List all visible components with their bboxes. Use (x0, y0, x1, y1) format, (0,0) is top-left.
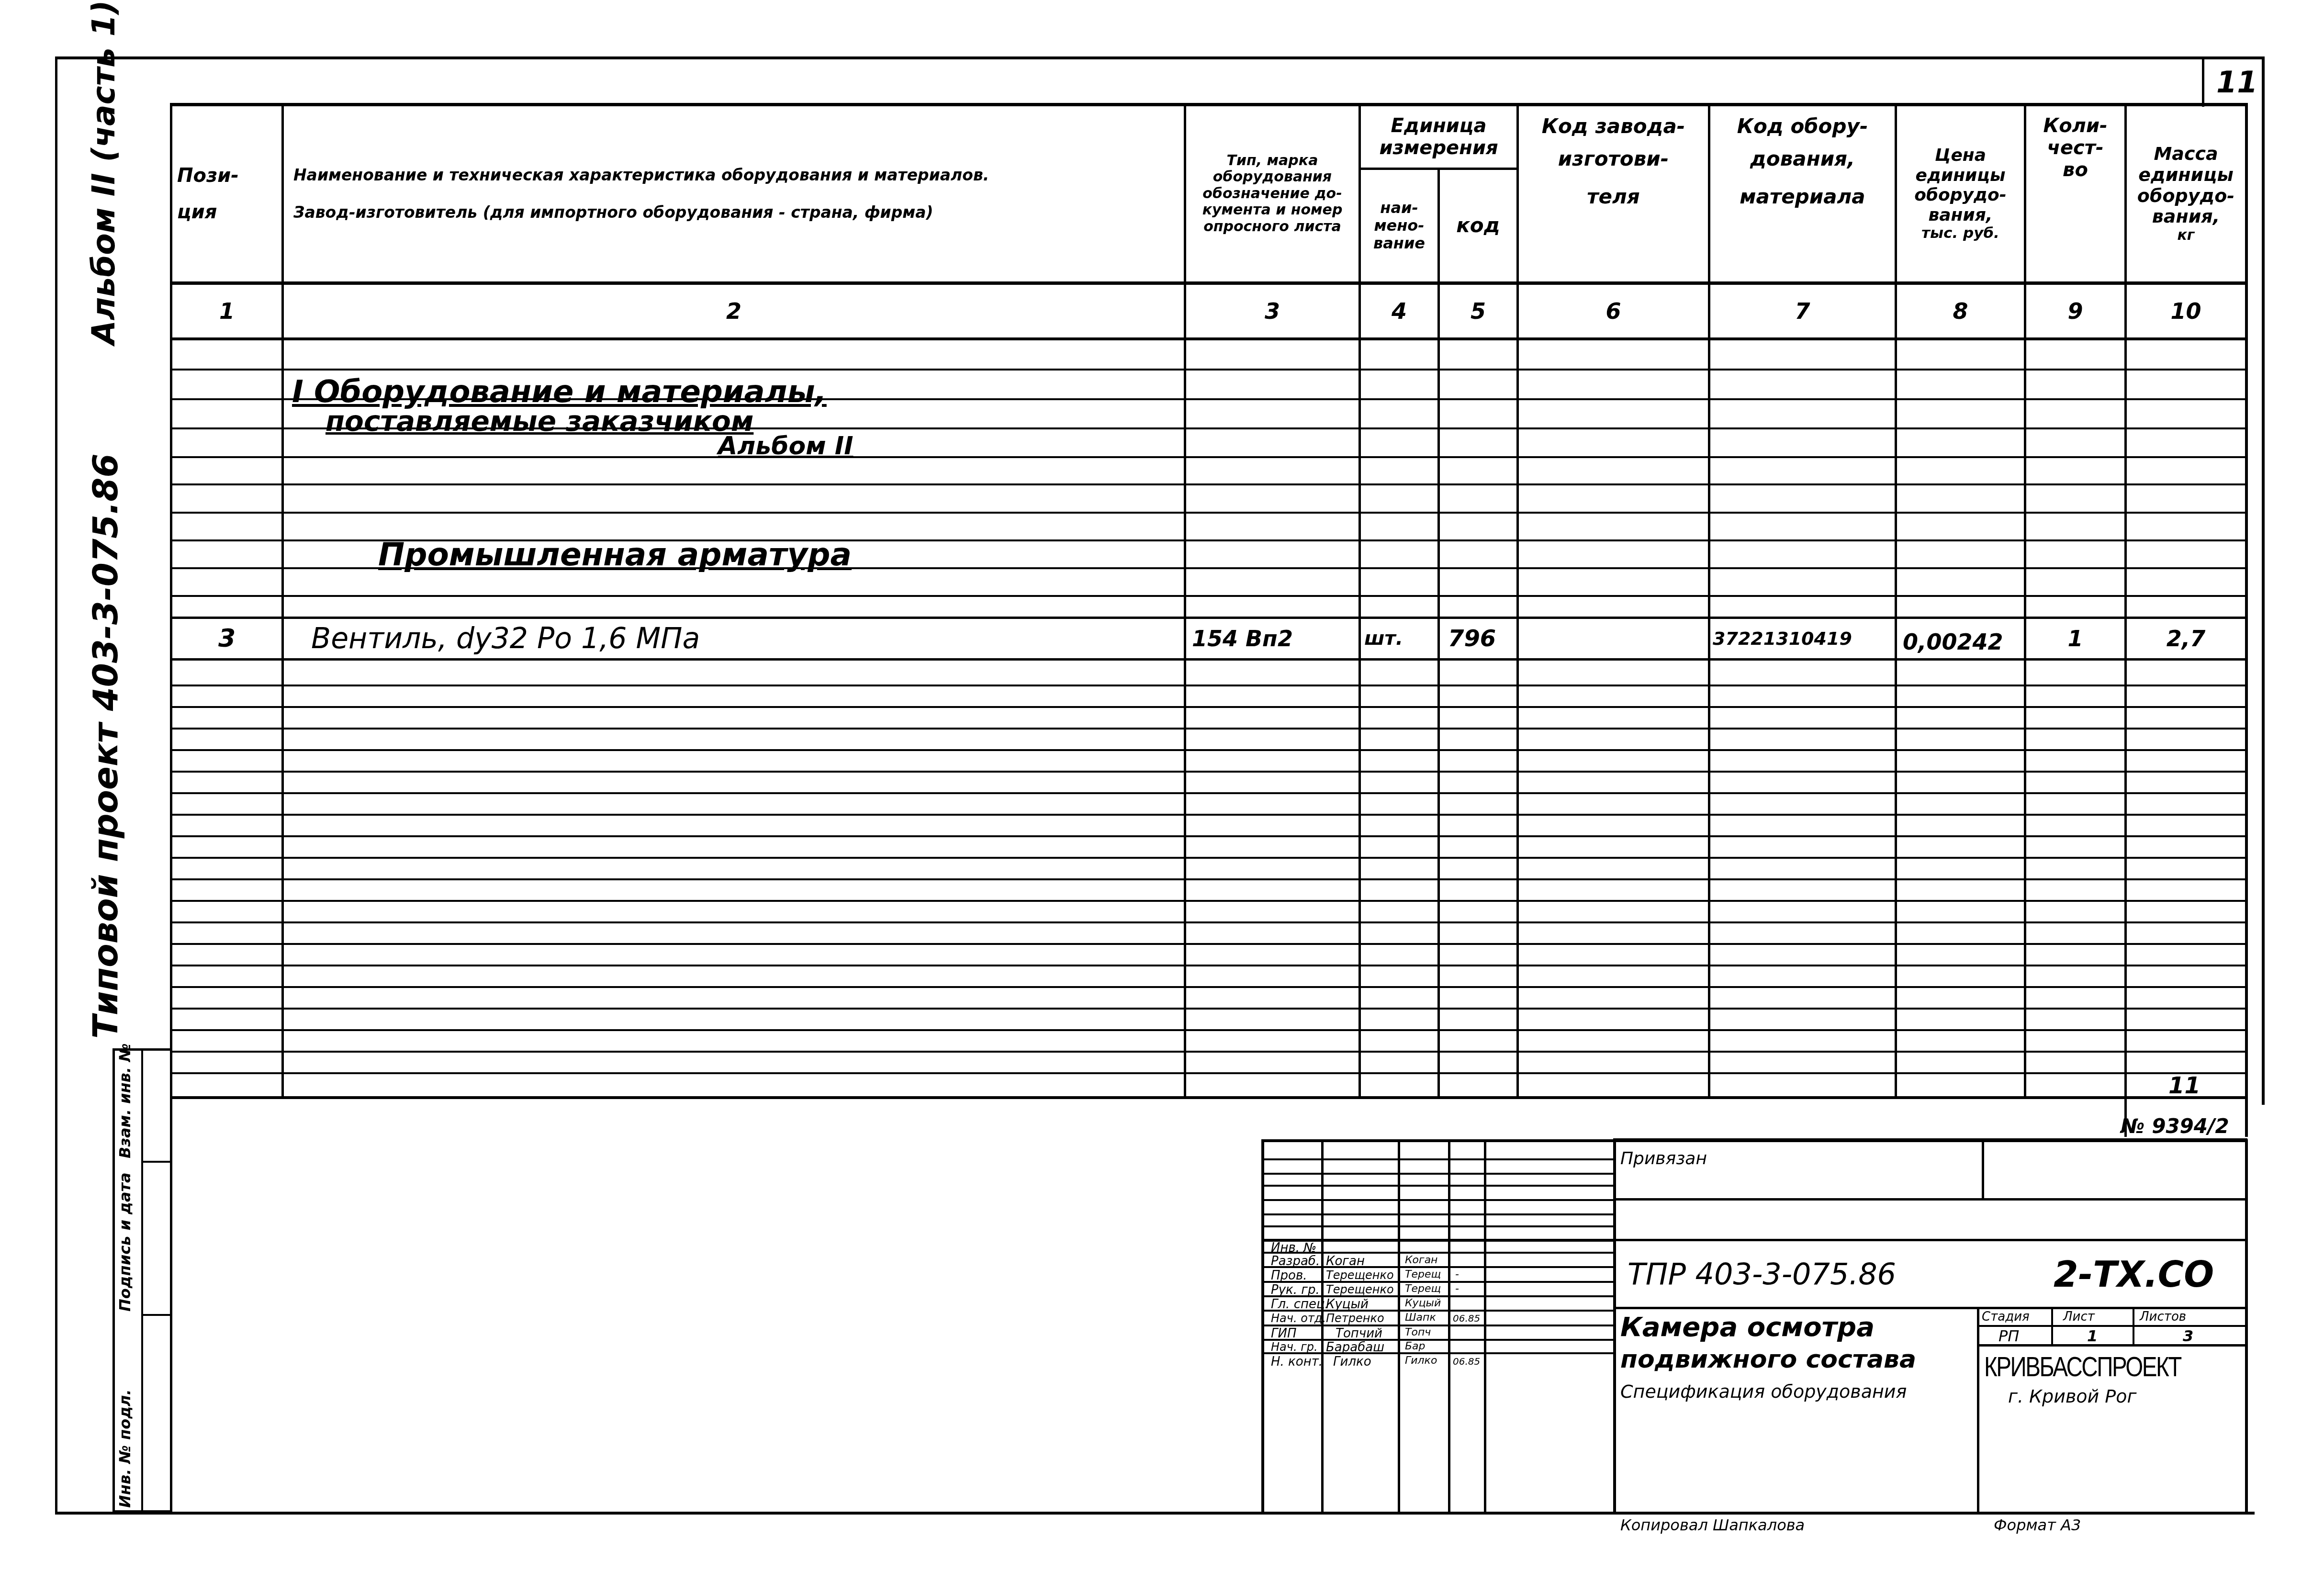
row-line (170, 1072, 2247, 1074)
header-text: дования, (1750, 147, 1855, 170)
sig-date-2: - (1455, 1283, 1459, 1295)
stage-value: РП (1998, 1327, 2019, 1345)
colnum-5: 5 (1440, 285, 1516, 337)
header-text: измерения (1379, 137, 1498, 159)
cell-quantity: 1 (2026, 619, 2124, 658)
cell-mass: 2,7 (2127, 619, 2245, 658)
sig-role-3: Гл. спец. (1271, 1297, 1329, 1312)
stamp-row (1261, 1173, 1616, 1175)
colnum-1: 1 (172, 285, 281, 337)
sig-name-3: Куцый (1326, 1297, 1369, 1312)
sig-role-5: ГИП (1271, 1326, 1297, 1341)
table-top (170, 103, 2247, 106)
header-col-3: Тип, марка оборудования обозначение до- … (1186, 106, 1358, 281)
sig-role-1: Пров. (1271, 1269, 1307, 1283)
organization-city: г. Кривой Рог (2008, 1386, 2136, 1407)
header-col-8: Цена единицы оборудо- вания, тыс. руб. (1897, 106, 2024, 281)
sheets-label: Листов (2140, 1310, 2186, 1324)
header-text: вание (1373, 235, 1425, 252)
row-line (170, 512, 2247, 514)
sheets-value: 3 (2183, 1327, 2193, 1345)
colnum-7: 7 (1710, 285, 1895, 337)
sig-role-4: Нач. отд. (1271, 1312, 1326, 1325)
stamp-row (1261, 1213, 1616, 1215)
stamp-privyazan-split (1982, 1139, 1984, 1199)
header-text: Цена (1935, 146, 1986, 165)
row-line (170, 771, 2247, 773)
row-line (170, 900, 2247, 902)
stamp-inv-label: Инв. № (1271, 1241, 1316, 1255)
sheet-label: Лист (2063, 1310, 2095, 1324)
stamp-inv-podl: Инв. № подл. (116, 1389, 134, 1508)
stamp-row-r1 (1613, 1198, 2247, 1201)
header-col-9: Коли- чест- во (2026, 106, 2124, 281)
header-text: код (1456, 214, 1500, 237)
sheet-value: 1 (2087, 1327, 2098, 1345)
table-bottom (170, 1096, 2247, 1099)
header-text: тыс. руб. (1921, 225, 1999, 242)
row-line (170, 728, 2247, 730)
row-line (170, 1029, 2247, 1031)
header-text: Коли- (2043, 115, 2107, 137)
sig-sign-3: Куцый (1405, 1297, 1441, 1309)
margin-stamp-sep-2 (141, 1314, 172, 1316)
sheet-number: 11 (2216, 65, 2257, 100)
outer-frame-left (55, 56, 57, 1514)
header-col-1: Пози- ция (172, 106, 281, 281)
sig-name-5: Топчий (1336, 1326, 1382, 1341)
stamp-row-r3 (1613, 1307, 2247, 1309)
stage-label: Стадия (1982, 1310, 2030, 1324)
privyazan-label: Привязан (1620, 1149, 1707, 1168)
sig-sign-6: Бар (1405, 1340, 1426, 1352)
header-text: оборудования (1213, 169, 1332, 186)
header-text: оборудо- (2137, 186, 2234, 207)
sig-role-2: Рук. гр. (1271, 1283, 1320, 1297)
header-text: чест- (2047, 137, 2103, 159)
row-line (170, 814, 2247, 816)
header-text: Единица (1391, 115, 1487, 137)
header-col-5: код (1440, 170, 1516, 281)
row-line (170, 878, 2247, 880)
stamp-row (1261, 1225, 1616, 1227)
row-line (170, 857, 2247, 859)
sig-name-0: Коган (1326, 1254, 1365, 1269)
header-text: обозначение до- (1202, 186, 1342, 202)
colnum-3: 3 (1186, 285, 1358, 337)
row-line (170, 986, 2247, 988)
cell-unit-code: 796 (1448, 619, 1496, 658)
row-line (170, 369, 2247, 370)
title-line1: Камера осмотра (1620, 1312, 1875, 1343)
section-title-line2: поставляемые заказчиком (326, 405, 753, 438)
header-text: ция (177, 201, 217, 223)
header-text: вания, (1929, 205, 1993, 225)
header-text: Пози- (177, 165, 239, 187)
cell-position: 3 (172, 619, 281, 658)
outer-frame-right (2262, 56, 2265, 1105)
col-line-10 (2245, 103, 2248, 1137)
sig-date-1: - (1455, 1269, 1459, 1280)
row-line (170, 456, 2247, 458)
section-title-line1: I Оборудование и материалы, (292, 374, 827, 410)
row-line (170, 685, 2247, 686)
cell-unit-name: шт. (1364, 619, 1403, 658)
header-text: кумента и номер (1202, 202, 1343, 219)
row-line (170, 835, 2247, 837)
header-text: Масса (2154, 144, 2218, 165)
sig-sign-0: Коган (1405, 1254, 1438, 1266)
row-line (170, 965, 2247, 966)
sig-name-2: Терещенко (1326, 1283, 1394, 1296)
margin-stamp-divider (141, 1048, 143, 1513)
colnum-4: 4 (1361, 285, 1437, 337)
header-text: единицы (1915, 166, 2005, 185)
header-text: кг (2177, 227, 2194, 244)
row-line (170, 483, 2247, 485)
sig-name-7: Гилко (1333, 1355, 1371, 1369)
header-col-7: Код обору- дования, материала (1710, 106, 1895, 281)
header-text: оборудо- (1914, 185, 2007, 205)
sig-sign-2: Терещ (1405, 1283, 1441, 1295)
stamp-row (1261, 1158, 1616, 1160)
sig-date-4: 06.85 (1453, 1313, 1480, 1324)
header-text: вания, (2152, 206, 2220, 227)
copied-by: Копировал Шапкалова (1620, 1516, 1805, 1534)
sig-sign-1: Терещ (1405, 1269, 1441, 1280)
sig-sign-7: Гилко (1405, 1355, 1437, 1367)
project-label: Типовой проект 403-3-075.86 (85, 453, 125, 1039)
designation-right: 2-ТХ.СО (2054, 1254, 2214, 1295)
header-text: материала (1740, 185, 1865, 208)
title-line2: подвижного состава (1620, 1345, 1916, 1374)
sig-name-1: Терещенко (1326, 1269, 1394, 1282)
header-text: изготови- (1558, 147, 1669, 170)
outer-frame-top (55, 56, 2264, 59)
footer-page-number: 11 (2168, 1072, 2201, 1099)
title-line3: Спецификация оборудования (1620, 1381, 1907, 1402)
cell-price: 0,00242 (1903, 622, 2003, 662)
sig-role-0: Разраб. (1271, 1254, 1320, 1269)
stamp-row-r2 (1613, 1239, 2247, 1241)
header-text: опросного листа (1203, 219, 1341, 236)
row-line (170, 595, 2247, 597)
row-line (170, 921, 2247, 923)
stamp-stage-col2 (2133, 1307, 2134, 1345)
stamp-right-vsplit (1977, 1307, 1979, 1513)
stamp-vzam-inv: Взам. инв. № (116, 1043, 134, 1158)
cell-name: Вентиль, dу32 Pо 1,6 МПа (311, 619, 700, 658)
sig-role-6: Нач. гр. (1271, 1340, 1318, 1354)
header-col-4: наи- мено- вание (1361, 170, 1437, 281)
header-text: Наименование и техническая характеристик… (293, 166, 989, 184)
header-text: Код обору- (1737, 115, 1868, 138)
row-line (170, 943, 2247, 945)
row-line (170, 792, 2247, 794)
designation-left: ТПР 403-3-075.86 (1628, 1257, 1896, 1291)
sig-name-6: Барабаш (1326, 1340, 1384, 1355)
sheet-number-box-left (2202, 56, 2204, 107)
header-text: теля (1587, 185, 1640, 208)
header-col-10: Масса единицы оборудо- вания, кг (2127, 106, 2245, 281)
outer-frame-bottom (55, 1512, 2255, 1515)
stamp-row (1261, 1185, 1616, 1187)
album-label: Альбом II (часть 1) (85, 0, 122, 345)
stamp-top (1261, 1139, 2247, 1142)
header-text: Код завода- (1542, 115, 1685, 138)
header-text: Завод-изготовитель (для импортного обору… (293, 203, 933, 222)
sig-sign-5: Топч (1405, 1326, 1431, 1338)
cell-equipment-code: 37221310419 (1713, 619, 1852, 658)
colnum-10: 10 (2127, 285, 2245, 337)
stamp-podpis-data: Подпись и дата (116, 1172, 134, 1312)
cell-type: 154 Вп2 (1192, 619, 1293, 658)
header-unit-group: Единица измерения (1361, 106, 1516, 168)
header-bottom (170, 281, 2247, 285)
row-line (170, 1008, 2247, 1010)
header-text: Тип, марка (1227, 153, 1318, 169)
header-text: единицы (2138, 165, 2234, 186)
sheet-format: Формат А3 (1994, 1516, 2081, 1534)
stamp-stage-col1 (2051, 1307, 2053, 1345)
colnum-6: 6 (1519, 285, 1708, 337)
row-line (170, 706, 2247, 708)
header-text: мено- (1374, 217, 1424, 235)
header-text: наи- (1380, 199, 1418, 217)
margin-stamp-sep-1 (141, 1161, 172, 1163)
archive-number: № 9394/2 (2121, 1114, 2229, 1138)
header-col-2: Наименование и техническая характеристик… (284, 106, 1184, 281)
sig-role-7: Н. конт. (1271, 1355, 1323, 1369)
sig-sign-4: Шапк (1405, 1312, 1436, 1324)
colnum-9: 9 (2026, 285, 2124, 337)
stamp-row (1261, 1199, 1616, 1201)
sig-date-7: 06.85 (1453, 1356, 1480, 1367)
colnum-2: 2 (284, 285, 1184, 337)
header-col-6: Код завода- изготови- теля (1519, 106, 1708, 281)
subsection-title: Промышленная арматура (378, 536, 852, 573)
section-album: Альбом II (718, 432, 853, 460)
row-line (170, 1051, 2247, 1053)
colnum-bottom (170, 337, 2247, 340)
header-text: во (2063, 159, 2088, 181)
sig-name-4: Петренко (1326, 1312, 1384, 1325)
colnum-8: 8 (1897, 285, 2024, 337)
organization-name: КРИВБАССПРОЕКТ (1984, 1351, 2181, 1383)
row-line (170, 749, 2247, 751)
